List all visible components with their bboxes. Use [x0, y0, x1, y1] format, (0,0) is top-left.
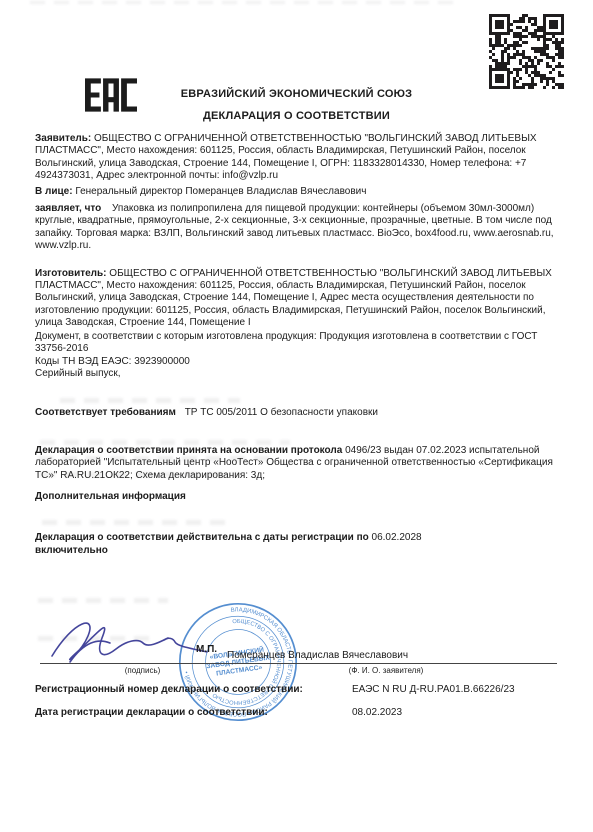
validity-date: 06.02.2028	[372, 532, 422, 543]
reg-number-value: ЕАЭС N RU Д-RU.РА01.В.66226/23	[352, 684, 515, 695]
scan-artifact	[38, 598, 168, 603]
scan-artifact	[40, 440, 290, 445]
serial-issue-line: Серийный выпуск,	[35, 368, 559, 380]
scan-artifact	[60, 398, 240, 403]
basis-label: Декларация о соответствии принята на осн…	[35, 445, 342, 456]
manufacturer-text: ОБЩЕСТВО С ОГРАНИЧЕННОЙ ОТВЕТСТВЕННОСТЬЮ…	[35, 268, 552, 329]
scan-artifact	[42, 520, 232, 525]
fio-caption: (Ф. И. О. заявителя)	[215, 666, 557, 675]
applicant-label: Заявитель:	[35, 133, 91, 144]
handwritten-signature	[42, 612, 217, 674]
document-title: ДЕКЛАРАЦИЯ О СООТВЕТСТВИИ	[0, 110, 593, 122]
manufacturer-paragraph: Изготовитель: ОБЩЕСТВО С ОГРАНИЧЕННОЙ ОТ…	[35, 268, 559, 330]
complies-label: Соответствует требованиям	[35, 407, 176, 418]
complies-text: ТР ТС 005/2011 О безопасности упаковки	[185, 407, 378, 418]
scan-artifact	[40, 472, 240, 477]
manufacturer-label: Изготовитель:	[35, 268, 107, 279]
declares-paragraph: заявляет, что Упаковка из полипропилена …	[35, 203, 559, 253]
declares-label: заявляет, что	[35, 203, 101, 214]
fio-line	[215, 663, 557, 664]
stamp-place-label: М.П.	[196, 644, 217, 655]
additional-info-text: Дополнительная информация	[35, 491, 186, 502]
additional-info-label: Дополнительная информация	[35, 491, 559, 503]
union-title: ЕВРАЗИЙСКИЙ ЭКОНОМИЧЕСКИЙ СОЮЗ	[0, 88, 593, 100]
reg-date-label: Дата регистрации декларации о соответств…	[35, 707, 268, 718]
validity-paragraph: Декларация о соответствии действительна …	[35, 532, 559, 557]
in-person-paragraph: В лице: Генеральный директор Померанцев …	[35, 186, 559, 198]
validity-label: Декларация о соответствии действительна …	[35, 532, 369, 543]
in-person-text: Генеральный директор Померанцев Владисла…	[75, 186, 366, 197]
qr-code	[489, 14, 564, 89]
reg-date-value: 08.02.2023	[352, 707, 402, 718]
scan-artifact	[30, 1, 460, 4]
tnved-code-line: Коды ТН ВЭД ЕАЭС: 3923900000	[35, 356, 559, 368]
reg-number-label: Регистрационный номер декларации о соотв…	[35, 684, 303, 695]
applicant-paragraph: Заявитель: ОБЩЕСТВО С ОГРАНИЧЕННОЙ ОТВЕТ…	[35, 133, 559, 183]
production-document-line: Документ, в соответствии с которым изгот…	[35, 331, 559, 356]
document-body: Заявитель: ОБЩЕСТВО С ОГРАНИЧЕННОЙ ОТВЕТ…	[35, 133, 559, 557]
declaration-document: ЕВРАЗИЙСКИЙ ЭКОНОМИЧЕСКИЙ СОЮЗ ДЕКЛАРАЦИ…	[0, 0, 593, 832]
declares-text: Упаковка из полипропилена для пищевой пр…	[35, 203, 554, 251]
complies-paragraph: Соответствует требованиям ТР ТС 005/2011…	[35, 407, 559, 419]
validity-suffix: включительно	[35, 545, 108, 556]
scan-artifact	[38, 456, 278, 461]
applicant-text: ОБЩЕСТВО С ОГРАНИЧЕННОЙ ОТВЕТСТВЕННОСТЬЮ…	[35, 133, 537, 181]
in-person-label: В лице:	[35, 186, 73, 197]
applicant-fio: Померанцев Владислав Вячеславович	[227, 650, 408, 661]
